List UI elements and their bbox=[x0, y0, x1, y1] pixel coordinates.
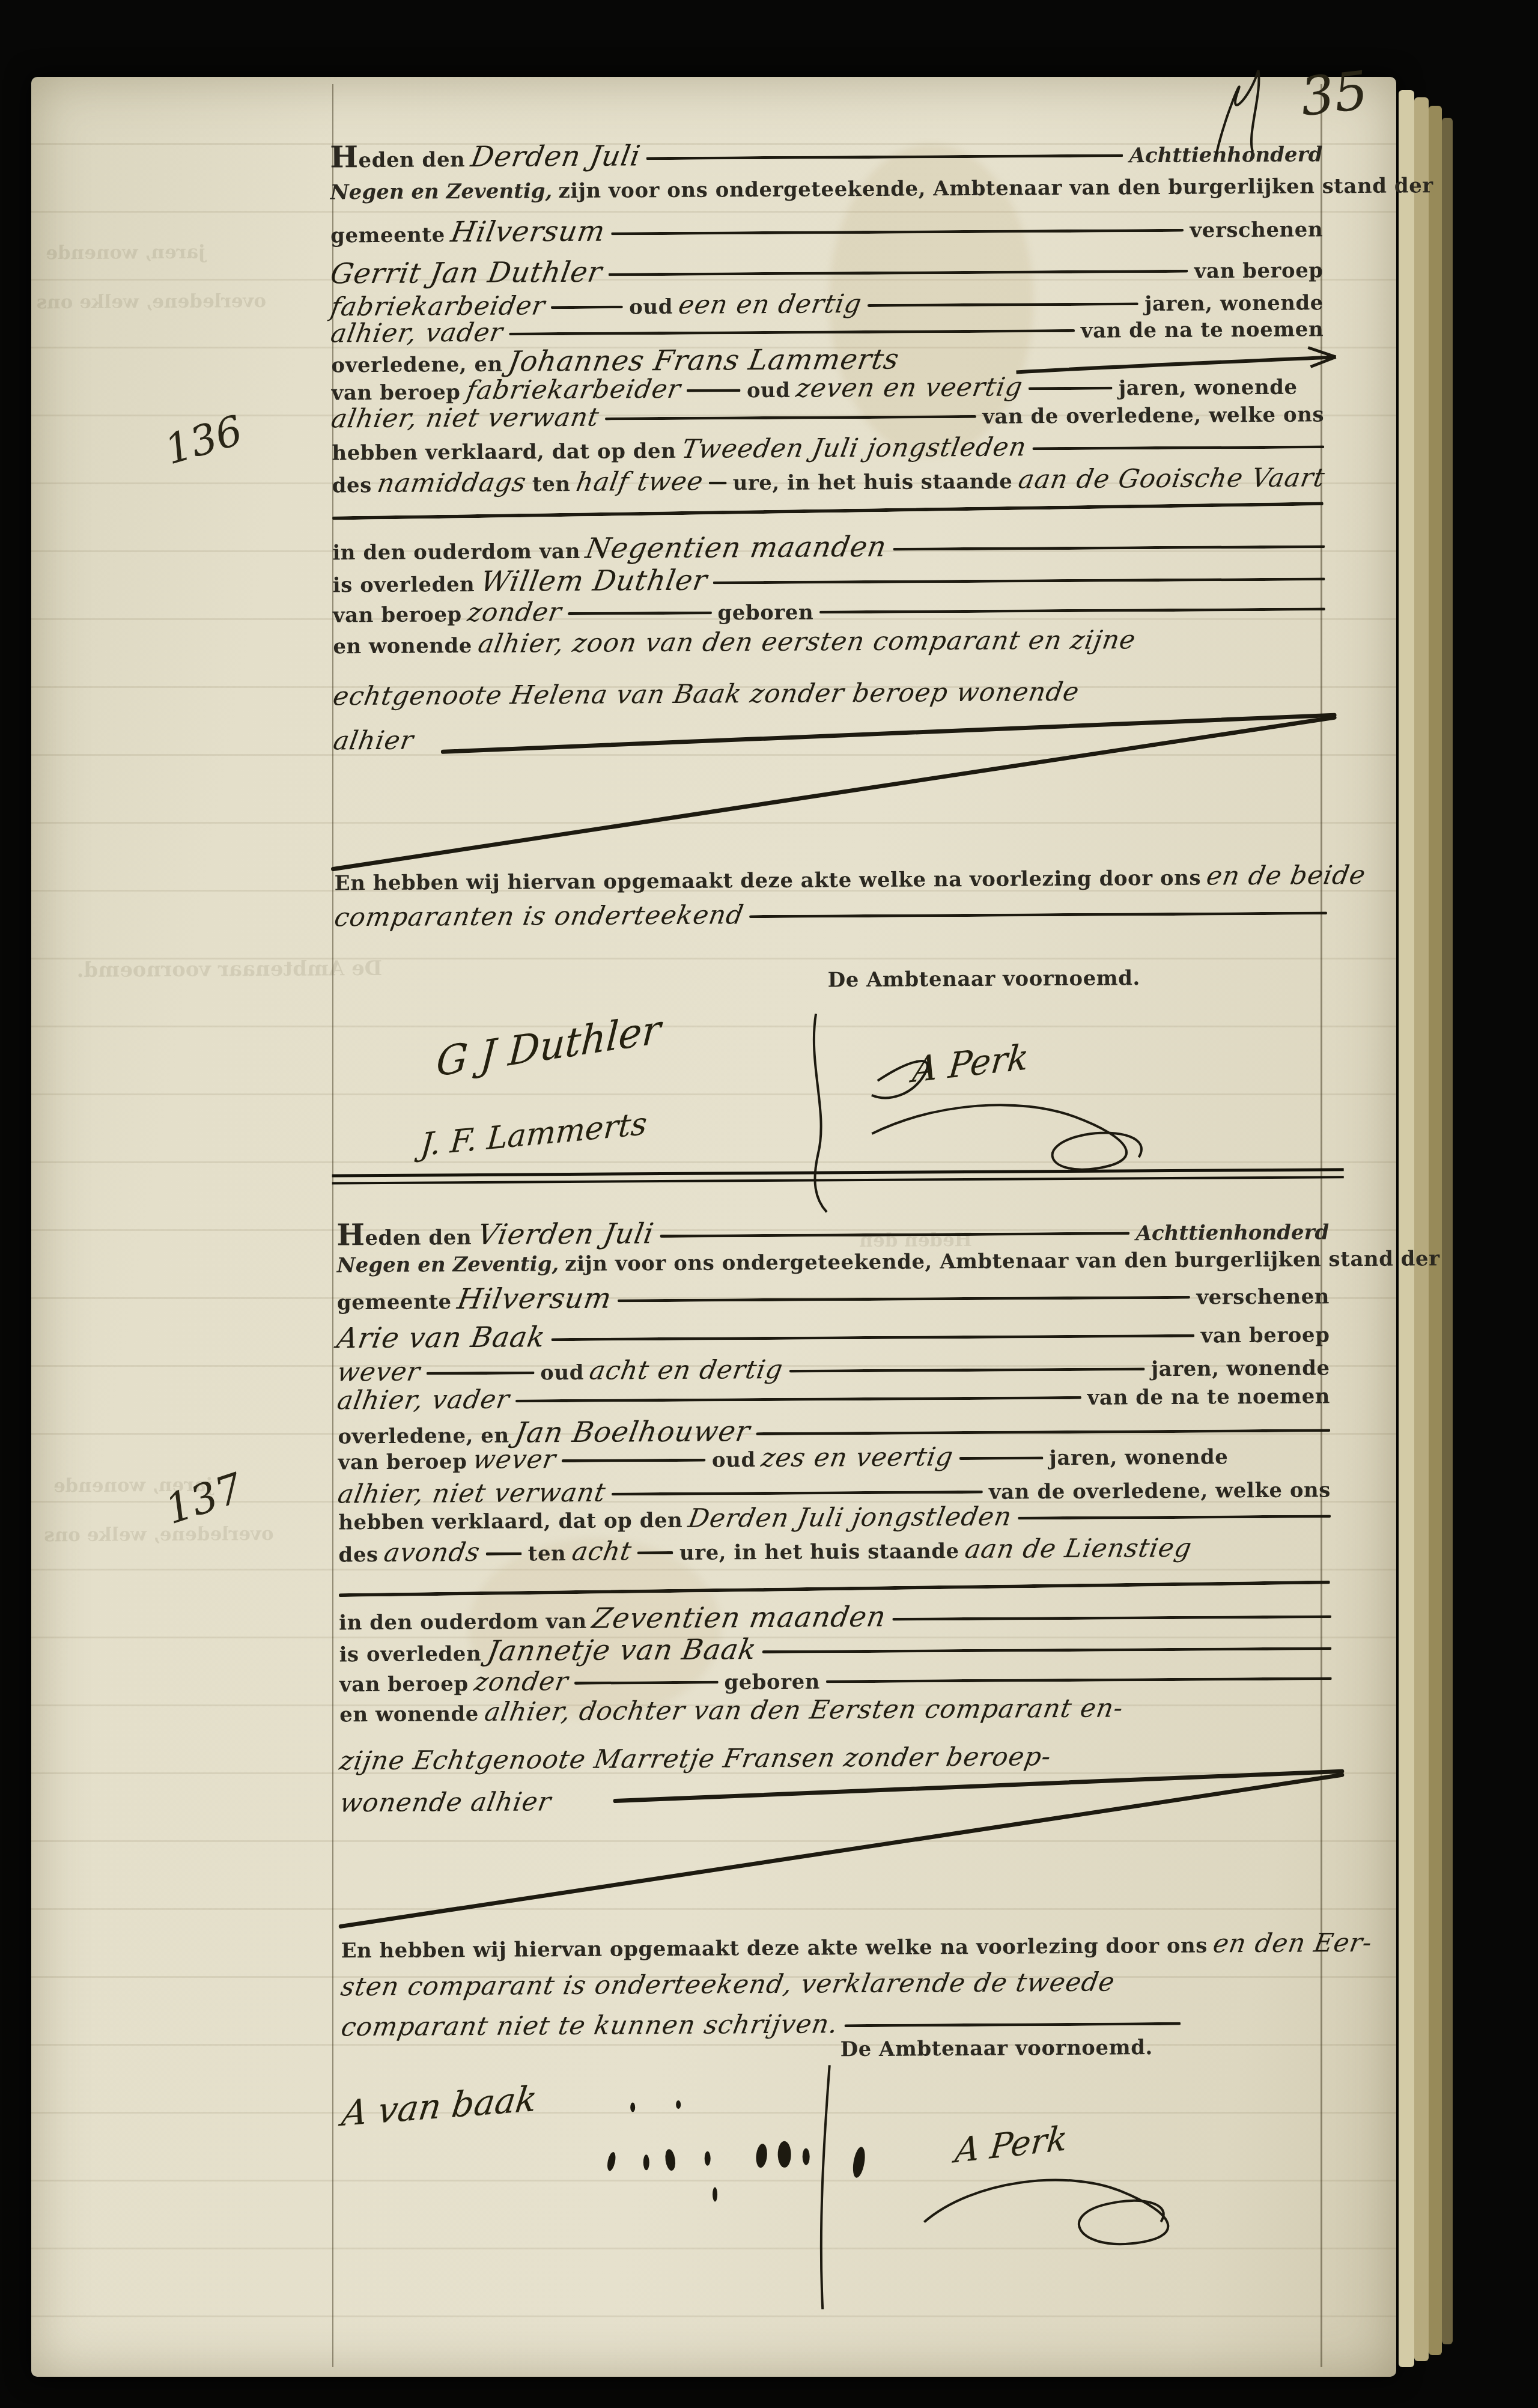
act1-line-gemeente: gemeente Hilversum verschenen bbox=[330, 210, 1323, 249]
act2-wonende2: zijne Echtgenoote Marretje Fransen zonde… bbox=[337, 1742, 1053, 1776]
act1-date: Derden Juli bbox=[468, 139, 643, 174]
printed-heden-den: Heden den bbox=[330, 139, 465, 174]
page-number: 35 bbox=[1297, 59, 1371, 128]
act1-wonende3: alhier bbox=[331, 726, 416, 756]
act2-slotformule2: sten comparant is onderteekend, verklare… bbox=[341, 1966, 1334, 2002]
act1-uur: half twee bbox=[574, 467, 705, 497]
printed-van-beroep: van beroep bbox=[1194, 258, 1324, 283]
act2-wonende1: alhier, dochter van den Eersten comparan… bbox=[482, 1693, 1126, 1727]
printed-ambtenaar-voornoemd: De Ambtenaar voornoemd. bbox=[840, 2036, 1152, 2061]
printed-verschenen: verschenen bbox=[1196, 1285, 1330, 1309]
printed-oud: oud bbox=[747, 379, 791, 403]
printed-slotformule: En hebben wij hiervan opgemaakt deze akt… bbox=[341, 1934, 1208, 1963]
printed-overledene-en: overledene, en bbox=[331, 353, 503, 378]
ink-rule bbox=[605, 415, 976, 421]
printed-ouderdom: in den ouderdom van bbox=[339, 1610, 587, 1635]
printed-van-beroep: van beroep bbox=[333, 603, 462, 627]
act2-line-wonende3: wonende alhier bbox=[340, 1782, 1333, 1818]
act1-beroep-overledene: zonder bbox=[465, 597, 564, 628]
printed-geboren: geboren bbox=[717, 601, 813, 625]
printed-ambtenaar-voornoemd: De Ambtenaar voornoemd. bbox=[828, 966, 1140, 992]
act1-slot-hand2: comparanten is onderteekend bbox=[332, 900, 746, 932]
act2-gemeente: Hilversum bbox=[455, 1282, 614, 1316]
act1-line-beroep-overledene: van beroep zonder geboren bbox=[333, 592, 1325, 628]
printed-is-overleden: is overleden bbox=[333, 573, 475, 597]
ink-rule bbox=[551, 305, 623, 309]
act2-uur: acht bbox=[570, 1536, 634, 1567]
act1-margin-number: 136 bbox=[160, 407, 248, 474]
act2-leeftijd2: zes en veertig bbox=[759, 1442, 955, 1473]
act1-wonende1: alhier, zoon van den eersten comparant e… bbox=[476, 625, 1138, 659]
act1-line-date: Heden den Derden Juli Achttienhonderd bbox=[330, 133, 1322, 174]
printed-ure-huis: ure, in het huis staande bbox=[733, 470, 1013, 496]
act1-comparant1-naam: Gerrit Jan Duthler bbox=[328, 256, 605, 291]
act2-line-comparant1: Arie van Baak van beroep bbox=[337, 1316, 1330, 1355]
act2-signature-ambtenaar: A Perk bbox=[953, 2119, 1069, 2171]
act1-dagdeel: namiddags bbox=[375, 467, 529, 499]
act1-slotformule: En hebben wij hiervan opgemaakt deze akt… bbox=[335, 860, 1327, 896]
printed-hebben-verklaard: hebben verklaard, dat op den bbox=[338, 1509, 682, 1534]
ink-rule bbox=[486, 1552, 522, 1555]
ink-rule bbox=[1018, 1515, 1331, 1519]
ink-rule bbox=[637, 1551, 673, 1554]
photographed-register-book: jaren, wonende overledene, welke ons De … bbox=[0, 0, 1538, 2408]
printed-jaren-wonende: jaren, wonende bbox=[1049, 1445, 1228, 1470]
ink-rule bbox=[562, 1459, 706, 1462]
printed-van-beroep: van beroep bbox=[1200, 1323, 1330, 1348]
printed-en-wonende: en wonende bbox=[333, 634, 472, 658]
act1-overlijdensdatum: Tweeden Juli jongstleden bbox=[679, 432, 1029, 464]
act2-line-date: Heden den Vierden Juli Achttienhonderd bbox=[336, 1211, 1329, 1252]
act2-slot-hand3: comparant niet te kunnen schrijven. bbox=[339, 2009, 840, 2042]
act2-leeftijd1: acht en dertig bbox=[588, 1355, 786, 1386]
act2-slotformule: En hebben wij hiervan opgemaakt deze akt… bbox=[341, 1928, 1333, 1964]
printed-van-beroep: van beroep bbox=[332, 380, 461, 405]
ink-rule bbox=[892, 1615, 1331, 1620]
page-content: jaren, wonende overledene, welke ons De … bbox=[0, 0, 1538, 2408]
ink-rule bbox=[826, 1677, 1332, 1683]
ink-rule bbox=[868, 302, 1138, 307]
ink-rule bbox=[1032, 445, 1324, 450]
ink-rule bbox=[515, 1396, 1081, 1403]
ink-rule-full bbox=[339, 1581, 1330, 1598]
act1-beroep2: fabriekarbeider bbox=[464, 374, 683, 406]
printed-formule: zijn voor ons ondergeteekende, Ambtenaar… bbox=[558, 174, 1433, 203]
ink-rule bbox=[567, 612, 711, 615]
bleedthrough-text: overledene, welke ons bbox=[44, 1523, 274, 1546]
printed-negen-en-zeventig: Negen en Zeventig, bbox=[336, 1252, 559, 1277]
ink-rule bbox=[551, 1334, 1194, 1342]
printed-geboren: geboren bbox=[724, 1670, 820, 1694]
printed-ouderdom: in den ouderdom van bbox=[332, 540, 580, 565]
printed-ten: ten bbox=[532, 472, 571, 496]
act2-slot-hand2: sten comparant is onderteekend, verklare… bbox=[339, 1967, 1117, 2002]
ink-rule bbox=[819, 607, 1325, 613]
act2-comparant1-naam: Arie van Baak bbox=[335, 1321, 548, 1355]
printed-jaren-wonende: jaren, wonende bbox=[1151, 1356, 1330, 1381]
act1-line-year: Negen en Zeventig, zijn voor ons onderge… bbox=[330, 174, 1323, 204]
act1-signature-brace bbox=[814, 1014, 827, 1212]
ink-rule bbox=[959, 1456, 1044, 1460]
printed-gemeente: gemeente bbox=[337, 1290, 452, 1315]
printed-oud: oud bbox=[712, 1448, 756, 1472]
act1-line-wonende3: alhier bbox=[333, 720, 1326, 756]
act1-line-wonende1: en wonende alhier, zoon van den eersten … bbox=[333, 624, 1325, 660]
ink-rule bbox=[709, 481, 727, 484]
ink-rule bbox=[611, 229, 1184, 236]
act2-dagdeel: avonds bbox=[381, 1537, 482, 1568]
ink-rule bbox=[646, 154, 1123, 160]
act2-line-gemeente: gemeente Hilversum verschenen bbox=[337, 1277, 1330, 1316]
act2-beroep2: wever bbox=[470, 1444, 558, 1475]
printed-van-beroep: van beroep bbox=[339, 1672, 469, 1697]
act1-overledene-naam: Willem Duthler bbox=[478, 564, 710, 598]
act2-overledene-naam: Jannetje van Baak bbox=[484, 1633, 759, 1668]
act2-beroep-overledene: zonder bbox=[472, 1667, 570, 1697]
act2-line-wonende2: zijne Echtgenoote Marretje Fransen zonde… bbox=[339, 1740, 1332, 1776]
printed-formule: zijn voor ons ondergeteekende, Ambtenaar… bbox=[565, 1247, 1440, 1276]
act2-line-relatie1: alhier, vader van de na te noemen bbox=[338, 1379, 1330, 1415]
printed-oud: oud bbox=[629, 295, 673, 319]
bleedthrough-text: De Ambtenaar voornoemd. bbox=[76, 956, 382, 982]
act2-adres: aan de Lienstieg bbox=[962, 1533, 1194, 1564]
act2-ink-blots bbox=[606, 2099, 868, 2203]
printed-achttienhonderd: Achttienhonderd bbox=[1135, 1220, 1329, 1245]
printed-ten: ten bbox=[528, 1542, 567, 1566]
printed-na-te-noemen: van de na te noemen bbox=[1081, 317, 1324, 342]
printed-negen-en-zeventig: Negen en Zeventig, bbox=[330, 179, 553, 204]
printed-welke-ons: van de overledene, welke ons bbox=[982, 403, 1324, 428]
printed-gemeente: gemeente bbox=[330, 223, 445, 248]
act1-wonende2: echtgenoote Helena van Baak zonder beroe… bbox=[331, 677, 1082, 712]
act1-signature-ambtenaar: A Perk bbox=[911, 1036, 1031, 1091]
ink-rule bbox=[844, 2022, 1181, 2027]
act1-line-relatie2: alhier, niet verwant van de overledene, … bbox=[332, 398, 1324, 434]
act2-line-year: Negen en Zeventig, zijn voor ons onderge… bbox=[336, 1247, 1329, 1277]
act2-overlijdensdatum: Derden Juli jongstleden bbox=[686, 1502, 1014, 1534]
act2-wonende3: wonende alhier bbox=[338, 1787, 554, 1818]
act2-signature-stroke bbox=[820, 2065, 831, 2309]
printed-en-wonende: en wonende bbox=[339, 1702, 479, 1727]
act1-slotformule2: comparanten is onderteekend bbox=[335, 896, 1327, 932]
act2-line-wonende1: en wonende alhier, dochter van den Eerst… bbox=[339, 1692, 1332, 1728]
printed-des: des bbox=[338, 1543, 378, 1567]
act1-ouderdom: Negentien maanden bbox=[583, 531, 889, 565]
ink-rule bbox=[749, 911, 1327, 918]
ink-rule bbox=[618, 1296, 1191, 1303]
act1-line-tijdstip: des namiddags ten half twee ure, in het … bbox=[332, 463, 1325, 499]
act2-ambtenaar-flourish bbox=[924, 2179, 1169, 2245]
ink-rule bbox=[893, 545, 1325, 550]
printed-oud: oud bbox=[540, 1361, 584, 1385]
ink-rule bbox=[612, 1491, 983, 1496]
act1-line-wonende2: echtgenoote Helena van Baak zonder beroe… bbox=[333, 675, 1326, 711]
printed-hebben-verklaard: hebben verklaard, dat op den bbox=[332, 439, 676, 465]
act1-relatie1: alhier, vader bbox=[329, 318, 505, 349]
act1-gemeente: Hilversum bbox=[448, 215, 607, 249]
printed-heden-den: Heden den bbox=[336, 1217, 472, 1252]
ink-rule bbox=[509, 329, 1075, 336]
act2-line-beroep2: van beroep wever oud zes en veertig jare… bbox=[338, 1440, 1330, 1476]
act2-ouderdom: Zeventien maanden bbox=[590, 1601, 889, 1635]
ink-rule bbox=[762, 1647, 1331, 1653]
act1-relatie2: alhier, niet verwant bbox=[329, 403, 602, 434]
act2-line-verklaring: hebben verklaard, dat op den Derden Juli… bbox=[338, 1500, 1331, 1536]
act1-leeftijd2: zeven en veertig bbox=[794, 372, 1025, 403]
act2-signature-comparant1: A van baak bbox=[339, 2078, 540, 2135]
printed-is-overleden: is overleden bbox=[339, 1642, 481, 1667]
act1-line-verklaring: hebben verklaard, dat op den Tweeden Jul… bbox=[332, 430, 1324, 466]
ink-rule-full bbox=[332, 502, 1324, 520]
printed-van-beroep: van beroep bbox=[338, 1450, 467, 1474]
ink-rule bbox=[660, 1232, 1130, 1238]
printed-slotformule: En hebben wij hiervan opgemaakt deze akt… bbox=[335, 866, 1202, 896]
act2-ambtenaar-kop: De Ambtenaar voornoemd. bbox=[840, 2035, 1260, 2061]
ink-rule bbox=[789, 1367, 1145, 1373]
ink-rule bbox=[1029, 386, 1113, 390]
bleedthrough-text: overledene, welke ons bbox=[37, 290, 267, 313]
act2-relatie1: alhier, vader bbox=[335, 1385, 512, 1416]
act1-line-comparant1: Gerrit Jan Duthler van beroep bbox=[330, 251, 1323, 290]
act1-adres: aan de Gooische Vaart bbox=[1016, 463, 1327, 494]
ink-rule bbox=[608, 270, 1188, 276]
act2-slot-hand1: en den Eer- bbox=[1211, 1928, 1375, 1959]
printed-des: des bbox=[332, 473, 372, 497]
act2-line-tijdstip: des avonds ten acht ure, in het huis sta… bbox=[338, 1532, 1331, 1568]
printed-na-te-noemen: van de na te noemen bbox=[1087, 1384, 1330, 1409]
printed-jaren-wonende: jaren, wonende bbox=[1119, 375, 1298, 401]
ink-rule bbox=[687, 389, 741, 392]
bleedthrough-text: jaren, wonende bbox=[46, 242, 205, 264]
act1-ambtenaar-kop: De Ambtenaar voornoemd. bbox=[828, 965, 1248, 992]
act1-signature-comparant2: J. F. Lammerts bbox=[419, 1105, 649, 1163]
act2-date: Vierden Juli bbox=[475, 1217, 656, 1251]
ink-rule bbox=[756, 1429, 1331, 1435]
printed-verschenen: verschenen bbox=[1190, 217, 1323, 242]
ink-rule bbox=[426, 1371, 534, 1375]
act1-signature-comparant1: G J Duthler bbox=[435, 1006, 662, 1086]
ink-rule bbox=[574, 1681, 718, 1685]
act-divider-rule bbox=[332, 1168, 1344, 1184]
act2-beroep1: wever bbox=[335, 1357, 422, 1388]
printed-achttienhonderd: Achttienhonderd bbox=[1129, 142, 1323, 168]
ink-rule bbox=[713, 577, 1325, 584]
printed-ure-huis: ure, in het huis staande bbox=[679, 1539, 959, 1565]
act1-slot-hand1: en de beide bbox=[1205, 860, 1369, 892]
